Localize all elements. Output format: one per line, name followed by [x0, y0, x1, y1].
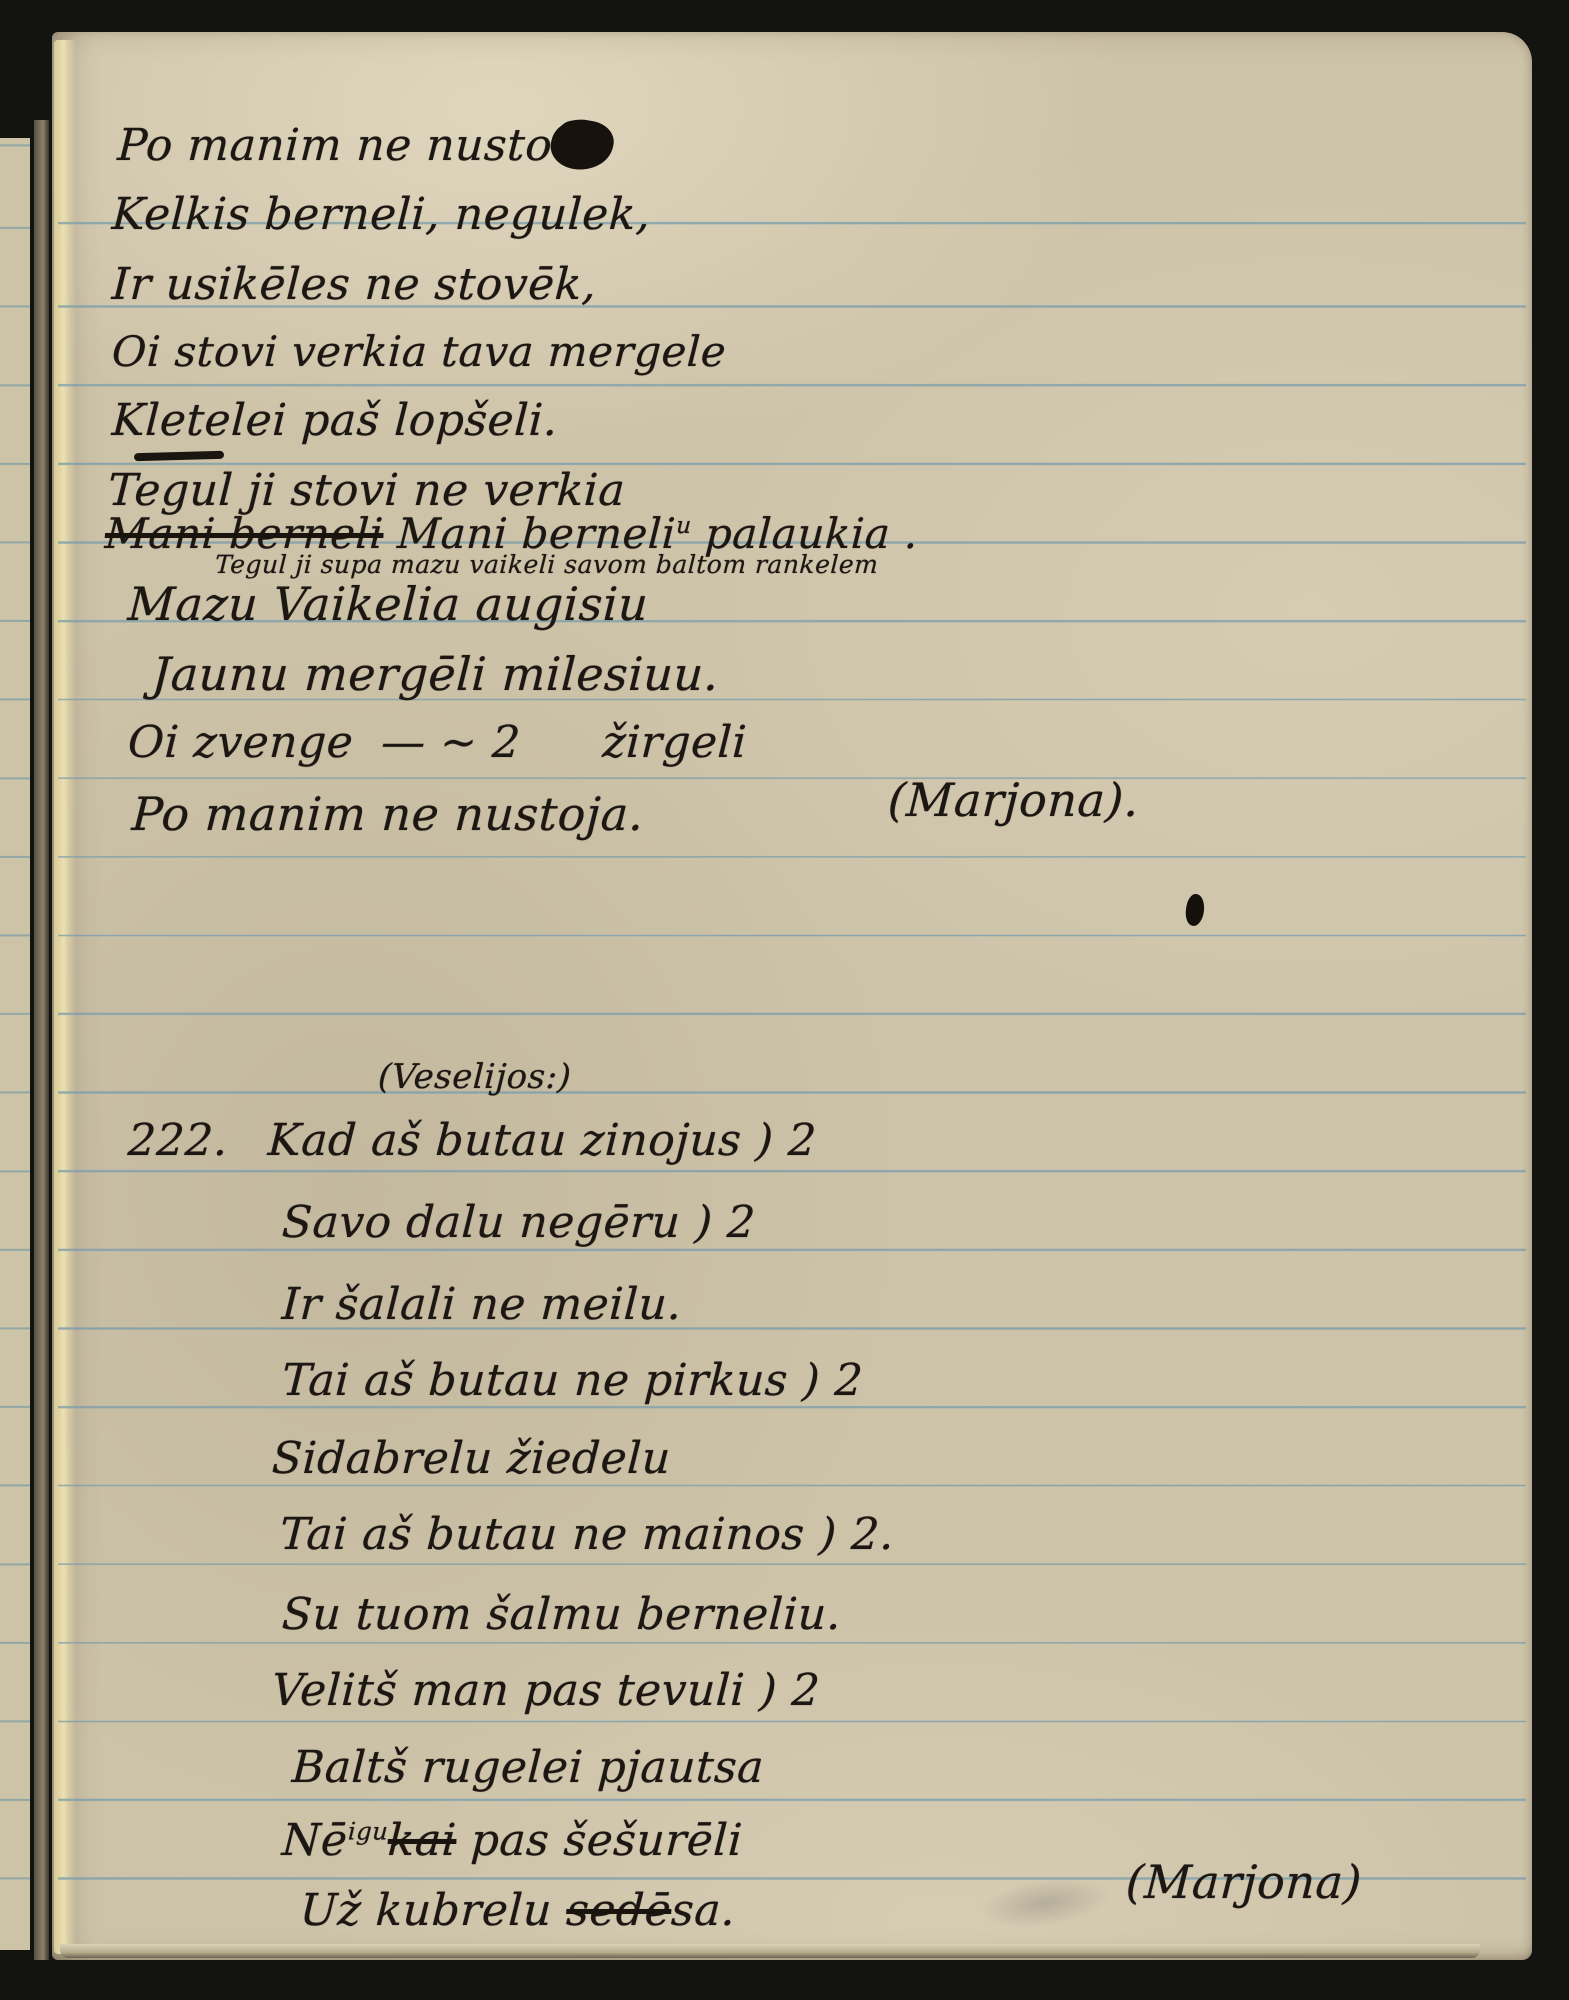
manuscript-line: Tai aš butau ne mainos ) 2. [279, 1512, 896, 1558]
ink-blot-icon [546, 115, 618, 175]
text-layer: Po manim ne nustoKelkis berneli, negulek… [0, 0, 1569, 2000]
manuscript-line: Oi zvenge— ~ 2žirgeli [127, 720, 748, 766]
manuscript-line: (Marjona) [1125, 1858, 1363, 1906]
manuscript-line: Tegul ji stovi ne verkia [107, 468, 627, 514]
manuscript-line: Jaunu mergēli milesiuu. [151, 650, 720, 698]
manuscript-line: Savo dalu negēru ) 2 [281, 1200, 757, 1246]
manuscript-line: Mazu Vaikelia augisiu [127, 580, 650, 628]
manuscript-line: Ir usikēles ne stovēk, [111, 262, 598, 308]
manuscript-line: Sidabrelu žiedelu [271, 1436, 672, 1482]
manuscript-line: Tegul ji supa mazu vaikeli savom baltom … [214, 552, 879, 578]
manuscript-line: Baltš rugelei pjautsa [291, 1745, 765, 1791]
manuscript-line: Po manim ne nusto [116, 110, 616, 169]
manuscript-line: Velitš man pas tevuli ) 2 [271, 1668, 822, 1714]
manuscript-line: Ir šalali ne meilu. [281, 1282, 683, 1328]
manuscript-line: Oi stovi verkia tava mergele [111, 330, 728, 374]
manuscript-line: (Marjona). [887, 776, 1141, 824]
manuscript-line: 222.Kad aš butau zinojus ) 2 [127, 1118, 818, 1164]
manuscript-line: Su tuom šalmu berneliu. [281, 1592, 843, 1638]
manuscript-line: Už kubrelu sedēsa. [299, 1888, 737, 1934]
manuscript-line: Kletelei paš lopšeli. [111, 398, 559, 444]
manuscript-line: Po manim ne nustoja. [131, 790, 645, 838]
manuscript-line: Nēigukai pas šešurēli [281, 1818, 744, 1864]
manuscript-line: Tai aš butau ne pirkus ) 2 [281, 1358, 865, 1404]
manuscript-line: (Veselijos:) [377, 1060, 572, 1096]
manuscript-line: Kelkis berneli, negulek, [111, 192, 652, 238]
scanned-notebook-photo: { "document": { "kind": "handwritten not… [0, 0, 1569, 2000]
